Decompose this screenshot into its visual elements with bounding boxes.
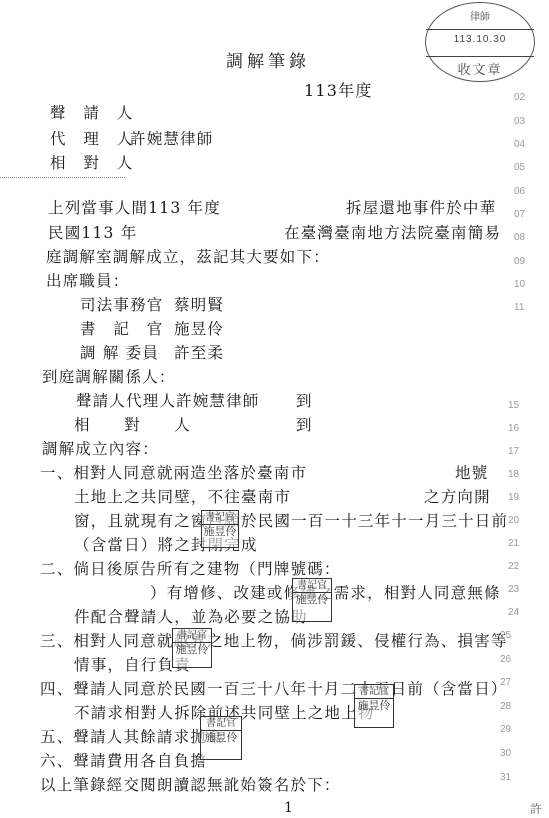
party-applicant-role: 聲 請 人 <box>50 104 134 122</box>
line-number: 29 <box>500 724 511 735</box>
line-number: 27 <box>500 677 511 688</box>
attendee-name-1: 許婉慧律師 <box>176 392 260 410</box>
closing-line: 以上筆錄經交閱朗讀認無訛始簽名於下： <box>40 776 341 794</box>
line-number: 28 <box>500 701 511 712</box>
attendee-role-2: 相 對 人 <box>74 416 191 434</box>
term-line-right: 地號 <box>455 464 488 482</box>
term-line: 件配合聲請人，並為必要之協助 <box>74 608 308 626</box>
attendee-role-1: 聲請人代理人 <box>76 392 176 410</box>
stamp-org: 律師 <box>426 8 534 23</box>
staff-name-2: 施昱伶 <box>174 320 224 338</box>
line-number: 24 <box>508 607 519 618</box>
party-agent-role: 代 理 人 <box>50 130 134 148</box>
staff-heading: 出席職員： <box>46 272 130 290</box>
staff-name-3: 許至柔 <box>174 344 224 362</box>
staff-name-1: 蔡明賢 <box>174 296 224 314</box>
term-line: 四、聲請人同意於民國一百三十八年十月二十五日前（含當日） <box>40 680 508 698</box>
intro-line2-left: 民國113 年 <box>48 224 137 242</box>
intro-line1-right: 拆屋還地事件於中華 <box>346 199 496 217</box>
staff-title-1: 司法事務官 <box>80 296 164 314</box>
received-stamp: 律師 113.10.30 收文章 <box>425 2 535 82</box>
line-number: 10 <box>514 279 525 290</box>
line-number: 22 <box>508 561 519 572</box>
stamp-date: 113.10.30 <box>426 34 534 45</box>
correction-seal: 書記官 施昱伶 <box>201 510 239 548</box>
margin-note: 許 <box>530 800 542 817</box>
line-number: 20 <box>508 515 519 526</box>
line-number: 16 <box>508 423 519 434</box>
stamp-label: 收文章 <box>426 59 534 78</box>
document-year: 113年度 <box>304 82 373 100</box>
staff-title-3: 調 解 委員 <box>80 344 159 362</box>
dotted-divider <box>0 177 125 178</box>
line-number: 07 <box>514 209 525 220</box>
attendees-heading: 到庭調解關係人： <box>42 368 176 386</box>
term-line: 五、聲請人其餘請求拋棄 <box>40 728 224 746</box>
line-number: 17 <box>508 446 519 457</box>
line-number: 05 <box>514 162 525 173</box>
line-number: 11 <box>514 302 524 313</box>
term-line: 二、倘日後原告所有之建物（門牌號碼： <box>40 560 341 578</box>
intro-line2-right: 在臺灣臺南地方法院臺南簡易 <box>284 224 501 242</box>
line-number: 03 <box>514 116 525 127</box>
terms-heading: 調解成立內容： <box>42 440 159 458</box>
attendee-status-1: 到 <box>296 392 313 410</box>
term-line-right: 之方向開 <box>424 488 491 506</box>
intro-line1-left: 上列當事人間113 年度 <box>48 199 221 217</box>
line-number: 26 <box>500 654 511 665</box>
line-number: 30 <box>500 748 511 759</box>
term-line: 三、相對人同意就越界之地上物，倘涉罰鍰、侵權行為、損害等 <box>40 632 508 650</box>
line-number: 04 <box>514 139 525 150</box>
document-title: 調解筆錄 <box>226 47 310 72</box>
line-number: 21 <box>508 538 519 549</box>
term-line: 一、相對人同意就兩造坐落於臺南市 <box>40 464 307 482</box>
correction-seal: 書記官 施昱伶 <box>354 684 394 728</box>
line-number: 19 <box>508 492 519 503</box>
attendee-status-2: 到 <box>296 416 313 434</box>
party-respondent-role: 相 對 人 <box>50 154 134 172</box>
term-line: 窗，且就現有之窗戶願於民國一百一十三年十一月三十日前 <box>74 512 508 530</box>
page-number: 1 <box>284 800 293 816</box>
line-number: 18 <box>508 469 519 480</box>
line-number: 09 <box>514 256 525 267</box>
line-number: 02 <box>514 92 525 103</box>
correction-seal: 書記官 施昱伶 <box>292 578 332 622</box>
line-number: 15 <box>508 400 519 411</box>
line-number: 25 <box>500 630 511 641</box>
line-number: 23 <box>508 584 519 595</box>
term-line: 土地上之共同壁，不往臺南市 <box>74 488 291 506</box>
term-line: 六、聲請費用各自負擔 <box>40 752 207 770</box>
intro-line3: 庭調解室調解成立，茲記其大要如下： <box>46 248 330 266</box>
staff-title-2: 書 記 官 <box>80 320 164 338</box>
line-number: 31 <box>500 772 511 783</box>
party-agent-name: 許婉慧律師 <box>130 130 214 148</box>
line-number: 06 <box>514 186 525 197</box>
correction-seal: 書記官 施昱伶 <box>200 716 242 760</box>
correction-seal: 書記官 施昱伶 <box>172 628 212 668</box>
line-number: 08 <box>514 232 525 243</box>
